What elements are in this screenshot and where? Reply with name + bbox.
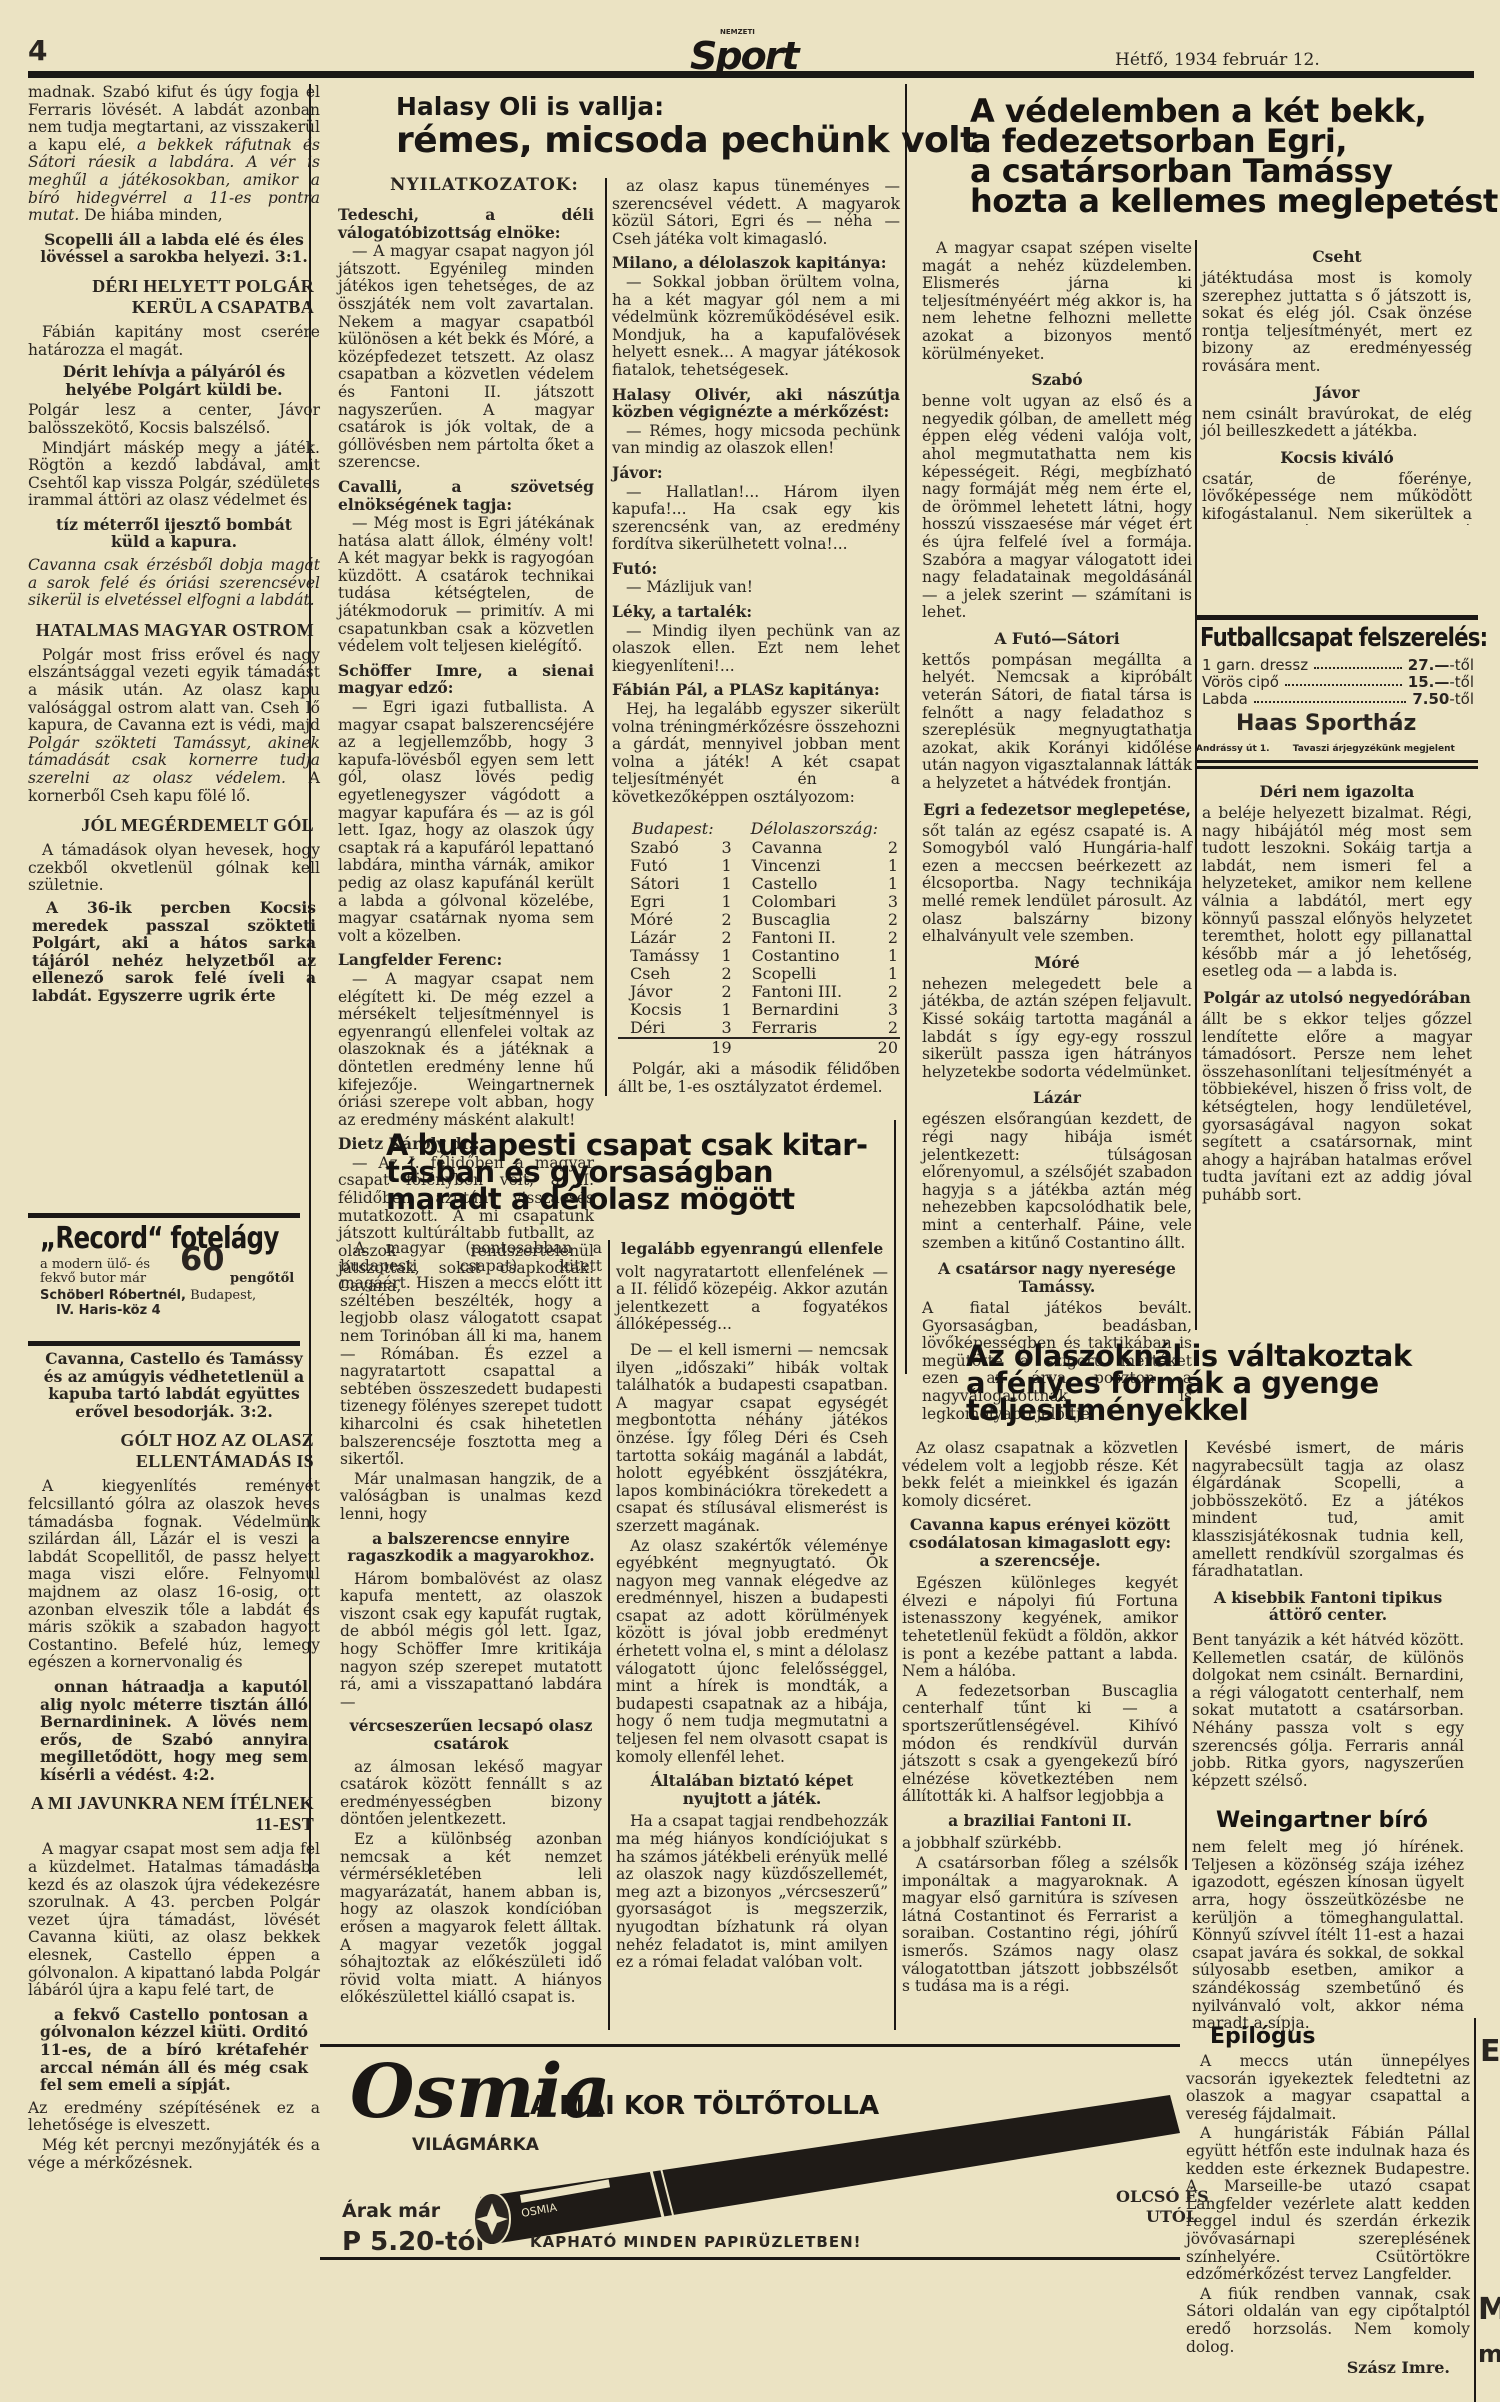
player-name: Cavanna <box>750 839 881 857</box>
player-name: Fantoni II. <box>750 929 881 947</box>
player-name: Scopelli <box>750 965 881 983</box>
budapesti-p2: Már unalmasan hangzik, de a valóságban i… <box>340 1471 602 1524</box>
player-grade: 1 <box>715 857 750 875</box>
grades-row: Futó1Vincenzi1 <box>618 857 900 875</box>
col1-p9: A magyar csapat most sem adja fel a küzd… <box>28 1841 320 1999</box>
budapesti-bold2: vércseszerűen lecsapó olasz csatárok <box>346 1717 596 1752</box>
col1-bold3: tíz méterről ijesztő bombát küld a kapur… <box>38 516 310 551</box>
ad-haas-item-price: 27.— <box>1408 657 1450 674</box>
budapesti-col-a: A magyar (pontosabban a budapesti csapat… <box>340 1240 602 2009</box>
col1-bold1: Scopelli áll a labda elé és éles lövésse… <box>38 231 310 266</box>
section-text: csatár, de főerénye, lövőképessége nem m… <box>1202 471 1472 525</box>
olaszok-bold2: a braziliai Fantoni II. <box>906 1812 1174 1830</box>
grades-note: Polgár, aki a második félidőben állt be,… <box>618 1061 900 1096</box>
epilogus-signature: Szász Imre. <box>1186 2358 1450 2377</box>
grades-row: Déri3Ferraris2 <box>618 1019 900 1038</box>
player-grade: 2 <box>715 929 750 947</box>
section-text: sőt talán az egész csapaté is. A Somogyb… <box>922 823 1192 946</box>
grades-row: Jávor2Fantoni III.2 <box>618 983 900 1001</box>
olaszok-p3: A fedezetsorban Buscaglia centerhalf tűn… <box>902 1683 1178 1806</box>
player-grade: 3 <box>880 893 900 911</box>
section-head: Egri a fedezetsor meglepetése, <box>922 801 1192 819</box>
olaszok-col-a: Az olasz csapatnak a közvetlen védelem v… <box>902 1440 1178 1998</box>
section-head: A csatársor nagy nyeresége Tamássy. <box>922 1260 1192 1296</box>
halasy-headline: rémes, micsoda pechünk volt <box>396 120 977 161</box>
ad-haas-item: 1 garn. dressz27.—-től <box>1202 657 1474 674</box>
section-text: játéktudása most is komoly szerephez jut… <box>1202 270 1472 376</box>
speaker-label: Léky, a tartalék: <box>612 603 900 621</box>
player-name: Buscaglia <box>750 911 881 929</box>
ad-record-price: 60 <box>180 1252 225 1266</box>
player-name: Egri <box>618 893 715 911</box>
player-grade: 3 <box>715 839 750 857</box>
player-grade: 1 <box>880 965 900 983</box>
section-text: egészen elsőrangúan kezdett, de régi nag… <box>922 1111 1192 1252</box>
speaker-label: Schöffer Imre, a sienai magyar edző: <box>338 662 594 697</box>
ad-haas-item-suffix: -től <box>1449 657 1474 674</box>
quote-text: — A magyar csapat nem elégített ki. De m… <box>338 971 594 1129</box>
olaszok-p5: A csatársorban főleg a szélsők imponálta… <box>902 1855 1178 1996</box>
budapesti-p5: Ez a különbség azonban nemcsak a két nem… <box>340 1831 602 2007</box>
section-text: a beléje helyezett bizalmat. Régi, nagy … <box>1202 805 1472 981</box>
section-head: Jávor <box>1202 384 1472 402</box>
player-name: Szabó <box>618 839 715 857</box>
col1-p11: Még két percnyi mezőnyjáték és a vége a … <box>28 2137 320 2172</box>
col1-p5: Cavanna csak érzésből dobja magát a saro… <box>28 557 320 610</box>
ad-record-line2: fekvő butor már <box>40 1272 146 1286</box>
player-grade: 2 <box>880 983 900 1001</box>
player-grade: 2 <box>715 965 750 983</box>
olaszok-p1: Az olasz csapatnak a közvetlen védelem v… <box>902 1440 1178 1510</box>
grades-row: Egri1Colombari3 <box>618 893 900 911</box>
col1-p6: Polgár most friss erővel és nagy elszánt… <box>28 647 320 805</box>
quote-text: Hej, ha legalább egyszer sikerült volna … <box>612 701 900 807</box>
section-head: Kocsis kiváló <box>1202 449 1472 467</box>
section-text: benne volt ugyan az első és a negyedik g… <box>922 393 1192 622</box>
col-divider-6 <box>894 1120 896 2030</box>
ad-record-rule-bottom <box>28 1341 300 1346</box>
col-divider-7 <box>1185 1440 1187 1870</box>
ad-osmia-rule-top <box>320 2044 1180 2047</box>
halasy-col-b: az olasz kapus tüneményes — szerencsével… <box>612 178 900 809</box>
grades-total-italy: 20 <box>750 1038 900 1057</box>
weingartner-text: nem felelt meg jó hírének. Teljesen a kö… <box>1192 1839 1464 2033</box>
player-grade: 1 <box>715 1001 750 1019</box>
player-grade: 1 <box>880 947 900 965</box>
budapesti-p1: A magyar (pontosabban a budapesti csapat… <box>340 1240 602 1469</box>
ad-haas-rule-bottom-1 <box>1196 760 1478 763</box>
player-name: Cseh <box>618 965 715 983</box>
col1-p8: A kiegyenlítés reményét felcsillantó gól… <box>28 1478 320 1672</box>
dot-leader <box>1285 674 1402 686</box>
edge-fragment-3: m <box>1478 2340 1500 2368</box>
ad-record-address: IV. Haris-köz 4 <box>56 1303 300 1318</box>
vedelem-headline-4: hozta a kellemes meglepetést <box>970 186 1498 216</box>
speaker-label: Cavalli, a szövetség elnökségének tagja: <box>338 478 594 513</box>
budapesti-p8: Az olasz szakértők véleménye egyébként m… <box>616 1538 888 1767</box>
budapesti-p9: Ha a csapat tagjai rendbehozzák ma még h… <box>616 1813 888 1971</box>
section-head: Móré <box>922 954 1192 972</box>
edge-fragment-2: M <box>1478 2292 1500 2327</box>
player-name: Ferraris <box>750 1019 881 1038</box>
section-head: Polgár az utolsó negyedórában <box>1202 989 1472 1007</box>
col1-continued: Cavanna, Castello és Tamássy és az amúgy… <box>28 1350 320 2174</box>
budapesti-p3: Három bombalövést az olasz kapufa mentet… <box>340 1571 602 1712</box>
weingartner-headline: Weingartner bíró <box>1216 1808 1464 1833</box>
masthead-date: Hétfő, 1934 február 12. <box>1115 50 1320 70</box>
ad-haas-item-name: Labda <box>1202 691 1248 708</box>
epilogus-p1: A meccs után ünnepélyes vacsorán igyekez… <box>1186 2053 1470 2123</box>
player-grade: 2 <box>880 839 900 857</box>
budapesti-p4: az álmosan lekéső magyar csatárok között… <box>340 1759 602 1829</box>
olaszok-p4: a jobbhalf szürkébb. <box>902 1835 1178 1853</box>
speaker-label: Milano, a délolaszok kapitánya: <box>612 254 900 272</box>
ad-haas-item-name: Vörös cipő <box>1202 674 1279 691</box>
grades-row: Tamássy1Costantino1 <box>618 947 900 965</box>
ad-osmia-price-label: Árak már <box>342 2200 440 2222</box>
section-text: állt be s ekkor teljes gőzzel lendítette… <box>1202 1011 1472 1205</box>
speaker-label: Langfelder Ferenc: <box>338 951 594 969</box>
vedelem-intro: A magyar csapat szépen viselte magát a n… <box>922 240 1192 363</box>
budapesti-bold4: Általában biztató képet nyujtott a játék… <box>622 1772 882 1807</box>
player-name: Bernardini <box>750 1001 881 1019</box>
ad-haas-item-suffix: -től <box>1449 691 1474 708</box>
ad-haas-footer-right: Tavaszi árjegyzékünk megjelent <box>1293 744 1455 754</box>
col-divider-4 <box>1195 240 1197 1330</box>
ad-record-seller: Schöberl Róbertnél, <box>40 1288 186 1303</box>
speaker-label: Halasy Olivér, aki nászútja közben végig… <box>612 386 900 421</box>
player-name: Fantoni III. <box>750 983 881 1001</box>
section-head: Lázár <box>922 1089 1192 1107</box>
col1-subhead-olasz-gol: GÓLT HOZ AZ OLASZ ELLENTÁMADÁS IS <box>28 1430 314 1472</box>
budapesti-headline-3: maradt a délolasz mögött <box>386 1186 868 1213</box>
player-name: Kocsis <box>618 1001 715 1019</box>
col1-bold5: Cavanna, Castello és Tamássy és az amúgy… <box>38 1350 310 1420</box>
speaker-label: Jávor: <box>612 464 900 482</box>
speaker-label: Fábián Pál, a PLASz kapitánya: <box>612 681 900 699</box>
player-grade: 2 <box>880 911 900 929</box>
grades-table: Budapest: Délolaszország: Szabó3Cavanna2… <box>618 818 900 1098</box>
edge-fragment-1: E <box>1480 2034 1500 2069</box>
col-divider-8 <box>1474 2018 1476 2402</box>
player-name: Futó <box>618 857 715 875</box>
col1-bold2: Dérit lehívja a pályáról és helyébe Polg… <box>38 363 310 398</box>
col1-p1: madnak. Szabó kifut és úgy fogja el Ferr… <box>28 84 320 225</box>
grades-row: Móré2Buscaglia2 <box>618 911 900 929</box>
olaszok-p2: Egészen különleges kegyét élvezi e nápol… <box>902 1575 1178 1681</box>
ad-haas-item: Vörös cipő15.—-től <box>1202 674 1474 691</box>
player-grade: 1 <box>715 893 750 911</box>
ad-haas-item: Labda7.50-től <box>1202 691 1474 708</box>
col1-subhead-ostrom: HATALMAS MAGYAR OSTROM <box>28 620 314 641</box>
vedelem-headline: A védelemben a két bekk, a fedezetsorban… <box>970 96 1498 216</box>
player-name: Castello <box>750 875 881 893</box>
quote-text: — Mindig ilyen pechünk van az olaszok el… <box>612 623 900 676</box>
section-text: nem csinált bravúrokat, de elég jól beil… <box>1202 406 1472 441</box>
section-text: kettős pompásan megállta a helyét. Nemcs… <box>922 652 1192 793</box>
player-name: Lázár <box>618 929 715 947</box>
dot-leader <box>1254 691 1407 703</box>
player-name: Tamássy <box>618 947 715 965</box>
ad-haas-item-price: 15.— <box>1408 674 1450 691</box>
halasy-kicker: Halasy Oli is vallja: <box>396 92 664 121</box>
col1-subhead-11est: A MI JAVUNKRA NEM ÍTÉLNEK 11-EST <box>28 1793 314 1835</box>
grades-row: Lázár2Fantoni II.2 <box>618 929 900 947</box>
player-grade: 3 <box>880 1001 900 1019</box>
ad-haas-rule-bottom-2 <box>1196 766 1478 769</box>
quote-text: az olasz kapus tüneményes — szerencsével… <box>612 178 900 248</box>
speaker-label: Futó: <box>612 560 900 578</box>
budapesti-col-b: legalább egyenrangú ellenfele volt nagyr… <box>616 1240 888 1974</box>
player-grade: 1 <box>880 875 900 893</box>
ad-record: „Record“ fotelágy a modern ülő- és fekvő… <box>40 1222 300 1326</box>
epilogus-box: Epilógus A meccs után ünnepélyes vacsorá… <box>1186 2018 1470 2398</box>
ad-record-city: Budapest, <box>190 1288 256 1303</box>
quote-text: — Rémes, hogy micsoda pechünk van mindig… <box>612 423 900 458</box>
col1-p4: Mindjárt máskép megy a játék. Rögtön a k… <box>28 440 320 510</box>
fountain-pen-icon: OSMIA <box>470 2085 1180 2245</box>
player-grade: 3 <box>715 1019 750 1038</box>
player-name: Jávor <box>618 983 715 1001</box>
player-grade: 2 <box>880 929 900 947</box>
grades-row: Cseh2Scopelli1 <box>618 965 900 983</box>
page-number: 4 <box>28 34 47 67</box>
quote-text: — Egri igazi futballista. A magyar csapa… <box>338 699 594 945</box>
masthead-logo: NEMZETI Sport <box>690 28 790 76</box>
player-grade: 1 <box>715 947 750 965</box>
col1-p2: Fábián kapitány most cserére határozza e… <box>28 324 320 359</box>
grades-row: Szabó3Cavanna2 <box>618 839 900 857</box>
quote-text: — Még most is Egri játékának hatása alat… <box>338 515 594 656</box>
ad-record-currency: pengőtől <box>230 1272 294 1286</box>
ad-haas-footer-left: Andrássy út 1. <box>1196 744 1270 754</box>
col1-p3: Polgár lesz a center, Jávor balösszekötő… <box>28 402 320 437</box>
grades-header-italy: Délolaszország: <box>750 818 900 839</box>
epilogus-p2: A hungáristák Fábián Pállal együtt hétfő… <box>1186 2125 1470 2283</box>
player-grade: 2 <box>715 983 750 1001</box>
player-grade: 1 <box>715 875 750 893</box>
col1-subhead-gol: JÓL MEGÉRDEMELT GÓL <box>28 815 314 836</box>
halasy-subhead: NYILATKOZATOK: <box>390 175 579 195</box>
grades-row: Sátori1Castello1 <box>618 875 900 893</box>
epilogus-headline: Epilógus <box>1210 2024 1470 2049</box>
player-name: Móré <box>618 911 715 929</box>
budapesti-p7: De — el kell ismerni — nemcsak ilyen „id… <box>616 1342 888 1536</box>
ad-record-line1: a modern ülő- és <box>40 1258 150 1272</box>
dot-leader <box>1314 657 1402 669</box>
vedelem-col-b: Csehtjátéktudása most is komoly szerephe… <box>1202 240 1472 527</box>
grades-table-grid: Budapest: Délolaszország: Szabó3Cavanna2… <box>618 818 900 1057</box>
quote-text: — Hallatlan!... Három ilyen kapufa!... H… <box>612 484 900 554</box>
olaszok-headline-3: teljesítményekkel <box>966 1397 1412 1424</box>
section-head: A Futó—Sátori <box>922 630 1192 648</box>
section-text: nehezen melegedett bele a játékba, de az… <box>922 976 1192 1082</box>
vedelem-col-a: A magyar csapat szépen viselte magát a n… <box>922 240 1192 1425</box>
player-grade: 2 <box>715 911 750 929</box>
budapesti-p6: volt nagyratartott ellenfelének — a II. … <box>616 1264 888 1334</box>
col1-bold4: A 36-ik percben Kocsis meredek passzal s… <box>32 899 316 1005</box>
speaker-label: Tedeschi, a déli válogatóbizottság elnök… <box>338 206 594 241</box>
ad-haas-store: Haas Sportház <box>1236 711 1416 736</box>
player-name: Vincenzi <box>750 857 881 875</box>
ad-haas-footer: Andrássy út 1. Tavaszi árjegyzékünk megj… <box>1196 744 1478 754</box>
player-grade: 2 <box>880 1019 900 1038</box>
player-name: Sátori <box>618 875 715 893</box>
player-grade: 1 <box>880 857 900 875</box>
quote-text: — Sokkal jobban örültem volna, ha a két … <box>612 274 900 380</box>
ad-osmia-rule-bottom <box>320 2257 1180 2260</box>
budapesti-headline: A budapesti csapat csak kitar- tásban és… <box>386 1132 868 1213</box>
ad-record-rule-top <box>28 1213 300 1218</box>
vedelem-col-b-lower: Déri nem igazoltaa beléje helyezett biza… <box>1202 775 1472 1206</box>
ad-haas-title: Futballcsapat felszerelés: <box>1200 623 1487 653</box>
player-name: Colombari <box>750 893 881 911</box>
col1-bold6: onnan hátraadja a kaputól alig nyolc mét… <box>40 1678 308 1784</box>
epilogus-p3: A fiúk rendben vannak, csak Sátori oldal… <box>1186 2286 1470 2356</box>
ad-osmia-price: P 5.20-tól <box>342 2227 484 2257</box>
olaszok-p6: Kevésbé ismert, de máris nagyrabecsült t… <box>1192 1440 1464 1581</box>
col1-match-report: madnak. Szabó kifut és úgy fogja el Ferr… <box>28 84 320 1009</box>
section-head: Cseht <box>1202 248 1472 266</box>
masthead-rule <box>28 71 1474 78</box>
section-head: Szabó <box>922 371 1192 389</box>
quote-text: — Mázlijuk van! <box>612 579 900 597</box>
olaszok-col-b: Kevésbé ismert, de máris nagyrabecsült t… <box>1192 1440 1464 2035</box>
col-divider-1 <box>309 84 311 1874</box>
grades-total-budapest: 19 <box>618 1038 750 1057</box>
ad-haas-item-suffix: -től <box>1449 674 1474 691</box>
ad-haas-item-price: 7.50 <box>1412 691 1449 708</box>
ad-haas-rule-top <box>1196 615 1478 620</box>
olaszok-bold1: Cavanna kapus erényei között csodálatosa… <box>906 1516 1174 1569</box>
col-divider-5 <box>608 1240 610 2030</box>
budapesti-bold1: a balszerencse ennyire ragaszkodik a mag… <box>346 1530 596 1565</box>
col1-bold7: a fekvő Castello pontosan a gólvonalon k… <box>40 2006 308 2094</box>
olaszok-p7: Bent tanyázik a két hátvéd között. Kelle… <box>1192 1632 1464 1790</box>
col1-p10: Az eredmény szépítésének ez a lehetősége… <box>28 2100 320 2135</box>
olaszok-headline: Az olaszoknál is váltakoztak a fényes fo… <box>966 1343 1412 1424</box>
ad-osmia-availability: KAPHATÓ MINDEN PAPIRÜZLETBEN! <box>530 2233 861 2251</box>
ad-osmia: Osmia A MAI KOR TÖLTŐTOLLA VILÁGMÁRKA Ár… <box>340 2055 1180 2285</box>
col-divider-2 <box>605 178 607 1096</box>
player-name: Costantino <box>750 947 881 965</box>
grades-header-budapest: Budapest: <box>618 818 750 839</box>
ad-haas: Futballcsapat felszerelés: 1 garn. dress… <box>1196 615 1478 735</box>
budapesti-bold3: legalább egyenrangú ellenfele <box>616 1240 888 1258</box>
col1-subhead-deri: DÉRI HELYETT POLGÁR KERÜL A CSAPATBA <box>28 276 314 318</box>
section-head: Déri nem igazolta <box>1202 783 1472 801</box>
player-name: Déri <box>618 1019 715 1038</box>
ad-haas-item-name: 1 garn. dressz <box>1202 657 1308 674</box>
quote-text: — A magyar csapat nagyon jól játszott. E… <box>338 243 594 472</box>
col-divider-3 <box>905 84 907 1374</box>
olaszok-sub1: A kisebbik Fantoni tipikus áttörő center… <box>1196 1589 1460 1624</box>
grades-row: Kocsis1Bernardini3 <box>618 1001 900 1019</box>
col1-p7: A támadások olyan hevesek, hogy czekből … <box>28 842 320 895</box>
